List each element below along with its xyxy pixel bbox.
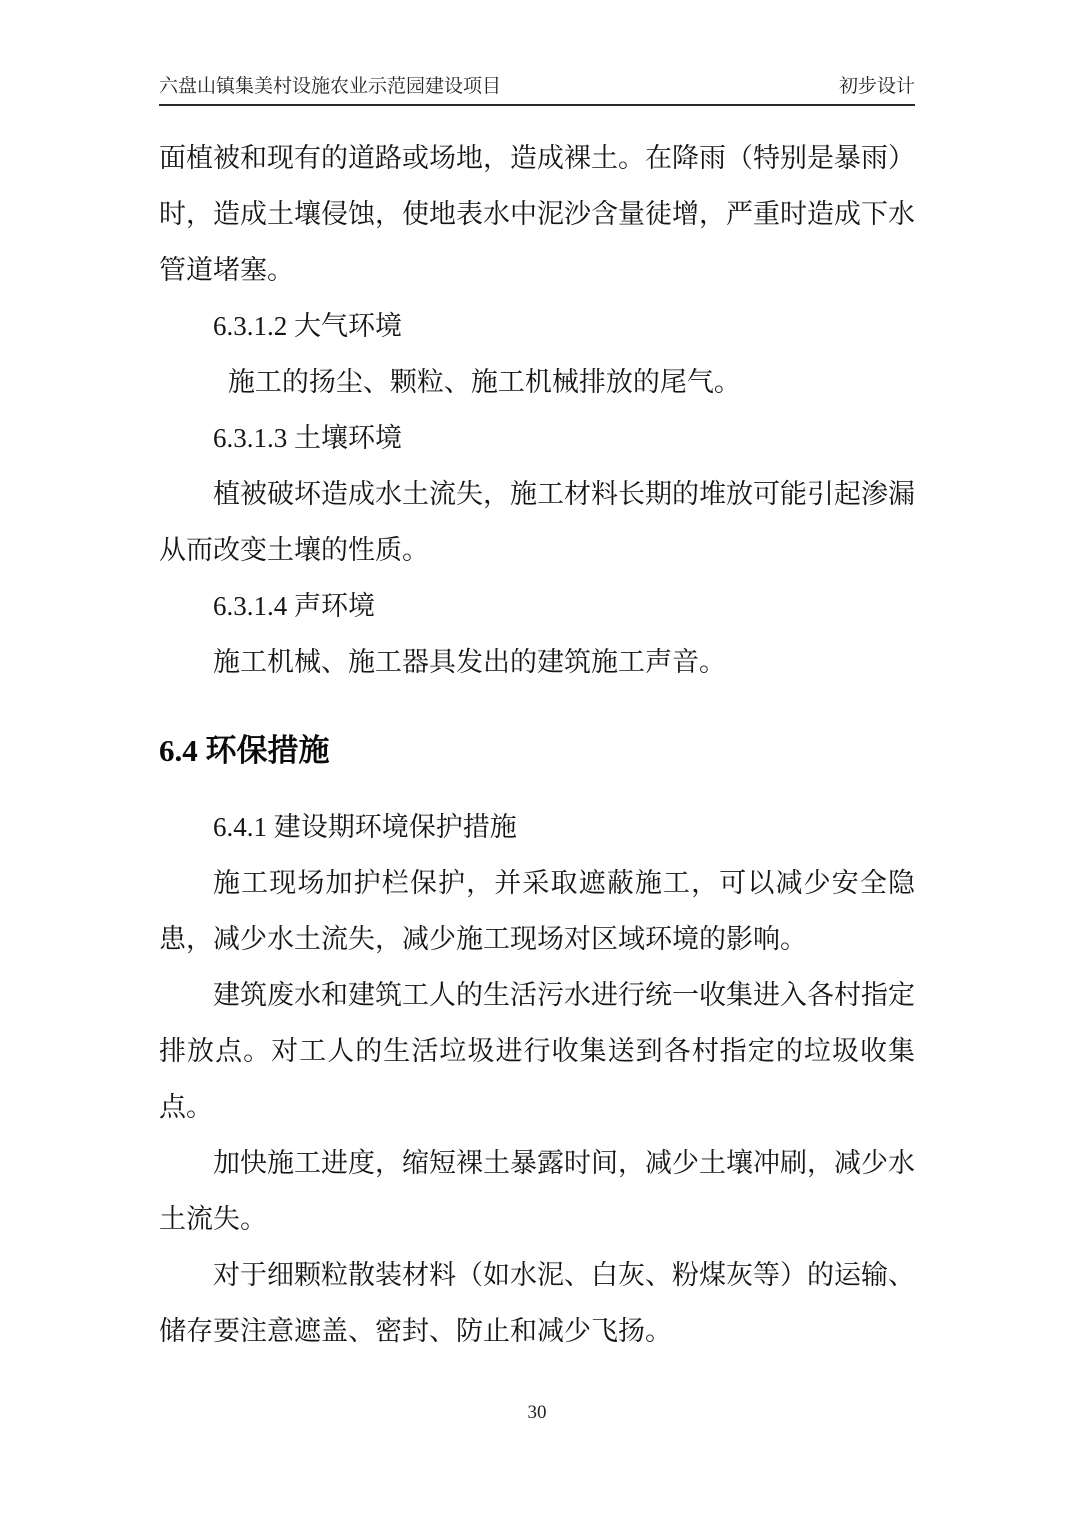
header-project-title: 六盘山镇集美村设施农业示范园建设项目 (159, 74, 501, 100)
paragraph-erosion: 面植被和现有的道路或场地，造成裸土。在降雨（特别是暴雨）时，造成土壤侵蚀，使地表… (159, 130, 915, 298)
page-footer: 30 (0, 1402, 1074, 1424)
heading-6-4-1: 6.4.1 建设期环境保护措施 (159, 799, 915, 855)
heading-6-3-1-4: 6.3.1.4 声环境 (159, 578, 915, 634)
page-number: 30 (528, 1402, 547, 1423)
paragraph-dust-materials: 对于细颗粒散装材料（如水泥、白灰、粉煤灰等）的运输、储存要注意遮盖、密封、防止和… (159, 1247, 915, 1359)
paragraph-site-protection: 施工现场加护栏保护，并采取遮蔽施工，可以减少安全隐患，减少水土流失，减少施工现场… (159, 855, 915, 967)
header-doc-stage: 初步设计 (839, 74, 915, 100)
paragraph-schedule: 加快施工进度，缩短裸土暴露时间，减少土壤冲刷，减少水土流失。 (159, 1135, 915, 1247)
document-page: 六盘山镇集美村设施农业示范园建设项目 初步设计 面植被和现有的道路或场地，造成裸… (0, 0, 1074, 1520)
document-body: 面植被和现有的道路或场地，造成裸土。在降雨（特别是暴雨）时，造成土壤侵蚀，使地表… (159, 130, 915, 1359)
heading-6-4: 6.4 环保措施 (159, 723, 915, 779)
heading-6-3-1-3: 6.3.1.3 土壤环境 (159, 410, 915, 466)
paragraph-wastewater: 建筑废水和建筑工人的生活污水进行统一收集进入各村指定排放点。对工人的生活垃圾进行… (159, 967, 915, 1135)
paragraph-soil: 植被破坏造成水土流失，施工材料长期的堆放可能引起渗漏从而改变土壤的性质。 (159, 466, 915, 578)
paragraph-air: 施工的扬尘、颗粒、施工机械排放的尾气。 (159, 354, 915, 410)
heading-6-3-1-2: 6.3.1.2 大气环境 (159, 298, 915, 354)
paragraph-noise: 施工机械、施工器具发出的建筑施工声音。 (159, 634, 915, 690)
page-header: 六盘山镇集美村设施农业示范园建设项目 初步设计 (159, 74, 915, 106)
